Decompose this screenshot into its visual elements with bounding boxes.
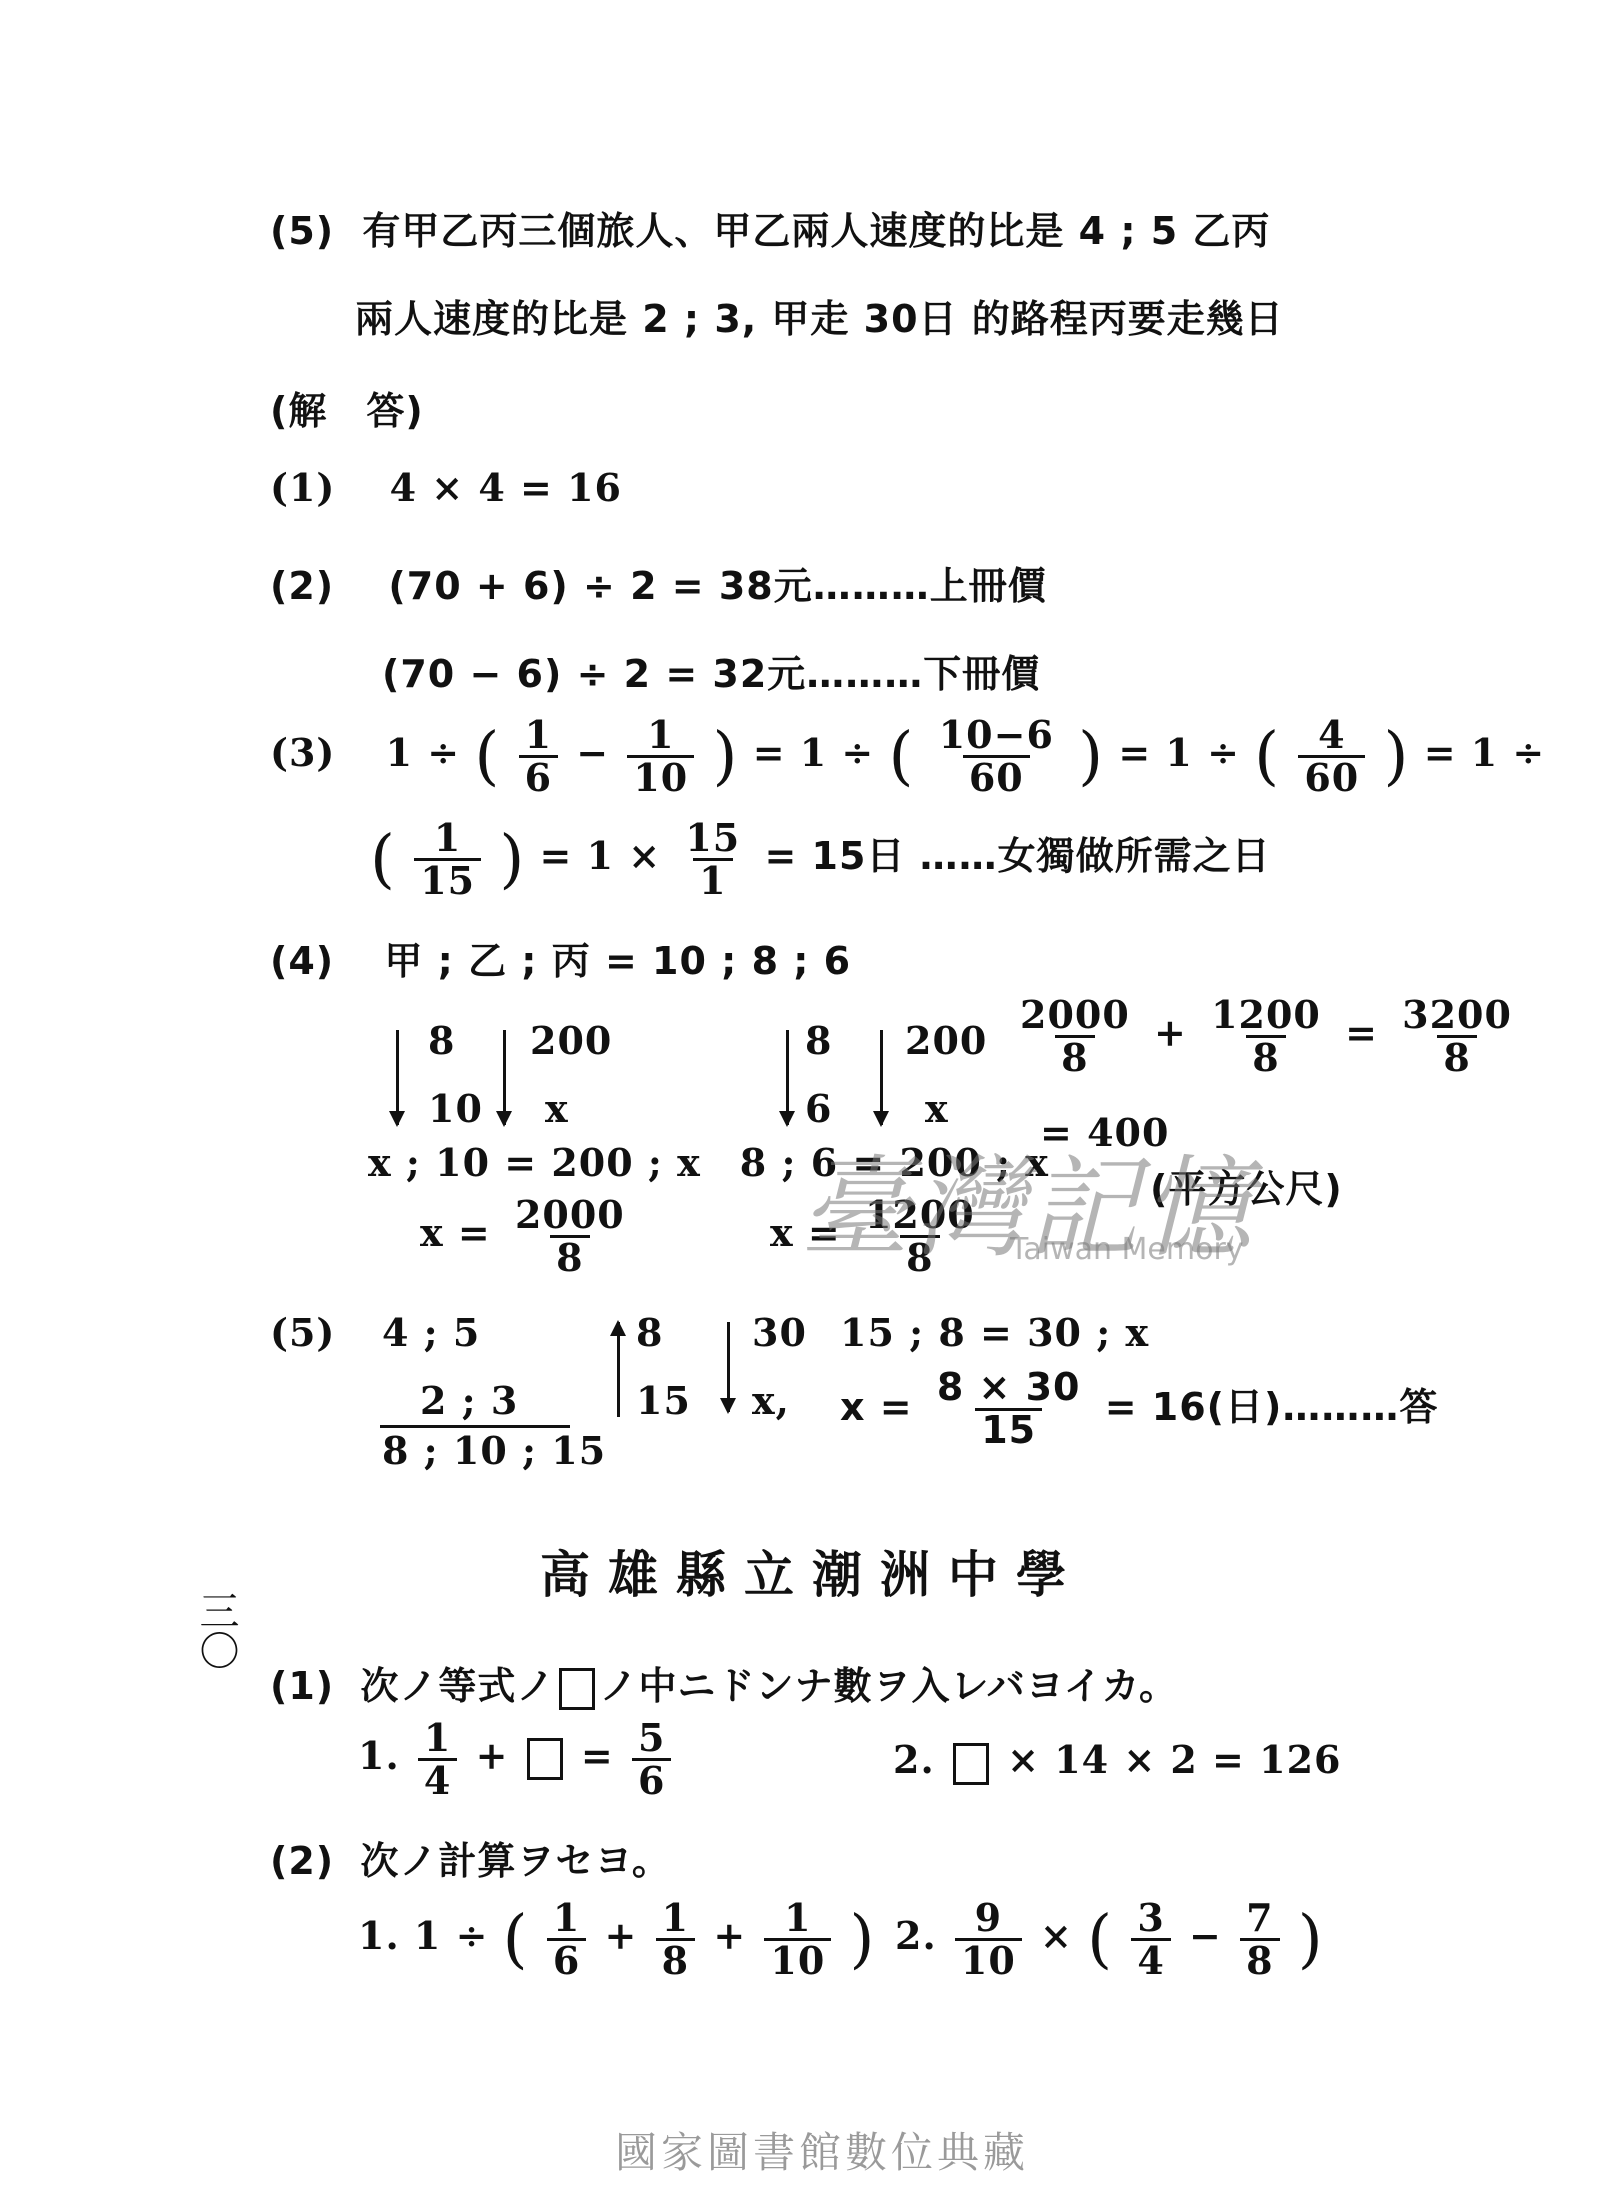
fraction: 18 (656, 1898, 695, 1981)
fraction: 115 (414, 818, 481, 901)
paren-close: ) (712, 719, 738, 793)
operator: + (605, 1913, 638, 1958)
question-1: (1) 次ノ等式ノノ中ニドンナ數ヲ入レバヨイカ。 (270, 1655, 1178, 1710)
school-title: 高雄縣立潮洲中學 (540, 1535, 1084, 1607)
arrow-up-icon (617, 1322, 620, 1417)
value: 10 (428, 1086, 483, 1131)
arrow-down-icon (786, 1030, 789, 1125)
sum-expression: 20008 + 12008 = 32008 (1010, 995, 1522, 1078)
question-1-item-2: 2. × 14 × 2 = 126 (893, 1737, 1341, 1785)
paren-open: ( (889, 719, 915, 793)
arrow-down-icon (727, 1322, 730, 1412)
answer-label: (4) (270, 939, 334, 983)
answer-result: = 16(日)………答 (1105, 1385, 1439, 1429)
item-label: 1. (358, 1733, 400, 1778)
fraction: 78 (1240, 1898, 1279, 1981)
question-label: (1) (270, 1664, 334, 1708)
answer-1: (1) 4 × 4 = 16 (270, 465, 622, 510)
fraction: 151 (679, 818, 746, 901)
paren-open: ( (503, 1902, 529, 1976)
x-label: x = (420, 1210, 491, 1255)
answer-4-ratio: (4) 甲 ; 乙 ; 丙 = 10 ; 8 ; 6 (270, 930, 851, 985)
fraction: 460 (1298, 715, 1365, 798)
fraction: 20008 (1014, 995, 1136, 1078)
question-text: 次ノ計算ヲセヨ。 (360, 1839, 670, 1883)
question-label: (2) (270, 1839, 334, 1883)
fraction: 10−660 (933, 715, 1060, 798)
fraction: 12008 (1205, 995, 1327, 1078)
operator: + (476, 1733, 509, 1778)
value: x, (752, 1378, 790, 1423)
ratio-2: 2 ; 3 (420, 1378, 518, 1423)
answer-expression: (70 + 6) ÷ 2 = 38元………上冊價 (388, 564, 1046, 608)
operator: + (713, 1913, 746, 1958)
problem-5-line-2: 兩人速度的比是 2 ; 3, 甲走 30日 的路程丙要走幾日 (355, 288, 1284, 343)
ratio-combined: 8 ; 10 ; 15 (382, 1428, 606, 1473)
question-2: (2) 次ノ計算ヲセヨ。 (270, 1830, 671, 1885)
ratio-expression: 甲 ; 乙 ; 丙 = 10 ; 8 ; 6 (384, 939, 851, 983)
arrow-down-icon (503, 1030, 506, 1125)
fraction: 56 (632, 1718, 671, 1801)
paren-close: ) (1298, 1902, 1324, 1976)
expr-part: 1 ÷ (414, 1913, 489, 1958)
proportion-line: 15 ; 8 = 30 ; x (840, 1310, 1149, 1355)
footer-credit: 國家圖書館數位典藏 (615, 2120, 1029, 2180)
operator: × (1040, 1913, 1073, 1958)
item-label: 2. (895, 1913, 937, 1958)
x-solution-1: x = 20008 (420, 1195, 635, 1278)
question-text: 次ノ等式ノ (360, 1664, 555, 1708)
arrow-down-icon (396, 1030, 399, 1125)
item-label: 1. (358, 1913, 400, 1958)
answer-expression: 4 × 4 = 16 (390, 465, 622, 510)
fraction: 110 (764, 1898, 831, 1981)
operator: + (1154, 1010, 1187, 1055)
fraction: 16 (547, 1898, 586, 1981)
answer-2-line-1: (2) (70 + 6) ÷ 2 = 38元………上冊價 (270, 555, 1047, 610)
blank-box-icon (953, 1743, 989, 1785)
value: 200 (530, 1018, 612, 1063)
question-2-item-2: 2. 910 × ( 34 − 78 ) (895, 1898, 1324, 1981)
fraction: 14 (418, 1718, 457, 1801)
paren-open: ( (370, 822, 396, 896)
fraction: 910 (955, 1898, 1022, 1981)
item-label: 2. (893, 1737, 935, 1782)
blank-box-icon (559, 1668, 595, 1710)
operator: − (576, 730, 609, 775)
paren-close: ) (850, 1902, 876, 1976)
fraction: 34 (1131, 1898, 1170, 1981)
problem-text: 有甲乙丙三個旅人、甲乙兩人速度的比是 4 ; 5 乙丙 (362, 209, 1270, 253)
answer-3-line-1: (3) 1 ÷ ( 16 − 110 ) = 1 ÷ ( 10−660 ) = … (270, 715, 1545, 798)
operator: = (581, 1733, 614, 1778)
operator: = (1345, 1010, 1378, 1055)
value: 8 (805, 1018, 832, 1063)
answer-label: (2) (270, 564, 334, 608)
watermark-latin: Taiwan Memory (1010, 1232, 1244, 1267)
answer-label: (3) (270, 730, 335, 775)
problem-label: (5) (270, 209, 334, 253)
value: 200 (905, 1018, 987, 1063)
expr-part: = 1 ÷ (1424, 730, 1546, 775)
paren-close: ) (1078, 719, 1104, 793)
expr-part: = 1 × (540, 833, 662, 878)
item-expression: × 14 × 2 = 126 (1007, 1737, 1341, 1782)
x-label: x = (840, 1385, 913, 1429)
question-text: ノ中ニドンナ數ヲ入レバヨイカ。 (599, 1664, 1178, 1708)
arrow-down-icon (880, 1030, 883, 1125)
page-number: 三〇 (188, 1590, 245, 1670)
expr-part: = 1 ÷ (753, 730, 875, 775)
fraction: 8 × 3015 (931, 1368, 1087, 1451)
fraction: 32008 (1396, 995, 1518, 1078)
paren-open: ( (1087, 1902, 1113, 1976)
value: 15 (636, 1378, 691, 1423)
paren-open: ( (474, 719, 500, 793)
answers-heading: (解 答) (270, 380, 424, 435)
fraction: 16 (519, 715, 558, 798)
x-solution: x = 8 × 3015 = 16(日)………答 (840, 1368, 1438, 1451)
expr-part: = 1 ÷ (1118, 730, 1240, 775)
value: 30 (752, 1310, 807, 1355)
answer-result: = 15日 ……女獨做所需之日 (764, 834, 1270, 878)
fraction: 20008 (509, 1195, 631, 1278)
expr-part: 1 ÷ (386, 730, 461, 775)
paren-open: ( (1254, 719, 1280, 793)
value: 8 (636, 1310, 663, 1355)
answer-5-label: (5) (270, 1310, 335, 1355)
ratio-1: 4 ; 5 (382, 1310, 480, 1355)
problem-5-line-1: (5) 有甲乙丙三個旅人、甲乙兩人速度的比是 4 ; 5 乙丙 (270, 200, 1270, 255)
fraction: 110 (627, 715, 694, 798)
answer-label: (1) (270, 465, 335, 510)
paren-close: ) (1383, 719, 1409, 793)
question-2-item-1: 1. 1 ÷ ( 16 + 18 + 110 ) (358, 1898, 875, 1981)
blank-box-icon (527, 1738, 563, 1780)
answer-2-line-2: (70 − 6) ÷ 2 = 32元………下冊價 (382, 643, 1040, 698)
operator: − (1189, 1913, 1222, 1958)
question-1-item-1: 1. 14 + = 56 (358, 1718, 675, 1801)
answer-3-line-2: ( 115 ) = 1 × 151 = 15日 ……女獨做所需之日 (370, 818, 1271, 901)
value: 8 (428, 1018, 455, 1063)
paren-close: ) (499, 822, 525, 896)
value: x (545, 1086, 569, 1131)
